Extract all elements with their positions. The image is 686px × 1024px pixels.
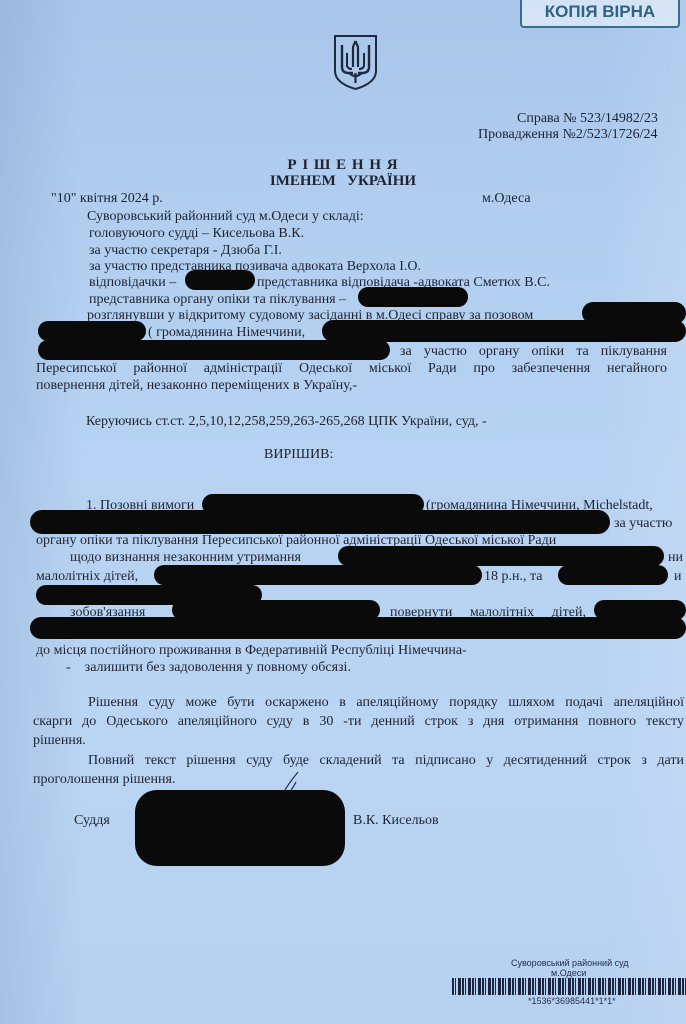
decision-subtitle: ІМЕНЕМ УКРАЇНИ (0, 173, 686, 190)
intro-line-5: повернення дітей, незаконно переміщених … (36, 377, 357, 394)
redacted-signature (135, 790, 345, 866)
redacted-block (558, 565, 668, 585)
ruling-line-2: за участю (614, 515, 672, 532)
judge-name: В.К. Кисельов (353, 812, 439, 829)
judge-label: Суддя (74, 812, 110, 829)
redacted-block (154, 565, 482, 585)
ruling-line-4: щодо визнання незаконним утримання (70, 549, 301, 566)
proceeding-number: Провадження №2/523/1726/24 (478, 126, 658, 143)
trident-coat-of-arms-icon (332, 33, 379, 91)
redacted-block (38, 340, 390, 360)
decision-city: м.Одеса (482, 190, 531, 207)
ruling-line-5b: 18 р.н., та (484, 568, 543, 585)
intro-line-4: Пересипської районної адміністрації Одес… (36, 360, 667, 377)
case-number: Справа № 523/14982/23 (517, 110, 658, 127)
ruling-line-5a: малолітніх дітей, (36, 568, 138, 585)
decision-date: "10" квітня 2024 р. (51, 190, 163, 207)
redacted-block (38, 321, 146, 341)
redacted-block (185, 270, 255, 290)
legal-basis: Керуючись ст.ст. 2,5,10,12,258,259,263-2… (86, 413, 487, 430)
barcode (452, 978, 686, 995)
barcode-text: *1536*36985441*1*1* (528, 996, 616, 1007)
full-text-line-2: проголошення рішення. (33, 771, 175, 788)
certified-copy-stamp: КОПІЯ ВІРНА (520, 0, 680, 28)
redacted-block (30, 510, 610, 534)
redacted-block (30, 617, 686, 639)
redacted-block (322, 320, 686, 342)
intro-line-2: ( громадянина Німеччини, (148, 324, 305, 341)
full-text-line-1: Повний текст рішення суду буде складений… (88, 752, 684, 769)
intro-line-3: за участю органу опіки та піклування (400, 343, 667, 360)
presiding-judge: головуючого судді – Кисельова В.К. (89, 225, 304, 242)
decided-heading: ВИРІШИВ: (264, 446, 333, 463)
court-composition: Суворовський районний суд м.Одеси у скла… (87, 208, 364, 225)
ruling-line-9: до місця постійного проживання в Федерат… (36, 642, 467, 659)
ruling-line-5c: и (674, 568, 682, 585)
ruling-line-10: - залишити без задоволення у повному обс… (66, 659, 351, 676)
redacted-block (338, 546, 664, 566)
appeal-line-2: скарги до Одеського апеляційного суду в … (33, 713, 684, 730)
respondent-label: відповідачки – (89, 274, 176, 291)
ruling-line-4b: ни (668, 549, 683, 566)
appeal-line-3: рішення. (33, 732, 86, 749)
plaintiff-representative: за участю представника позивача адвоката… (89, 258, 421, 275)
redacted-block (358, 287, 468, 307)
guardianship-representative: представника органу опіки та піклування … (89, 291, 346, 308)
secretary: за участю секретаря - Дзюба Г.І. (89, 242, 282, 259)
decision-title: Р І Ш Е Н Н Я (0, 157, 686, 174)
appeal-line-1: Рішення суду може бути оскаржено в апеля… (88, 694, 684, 711)
